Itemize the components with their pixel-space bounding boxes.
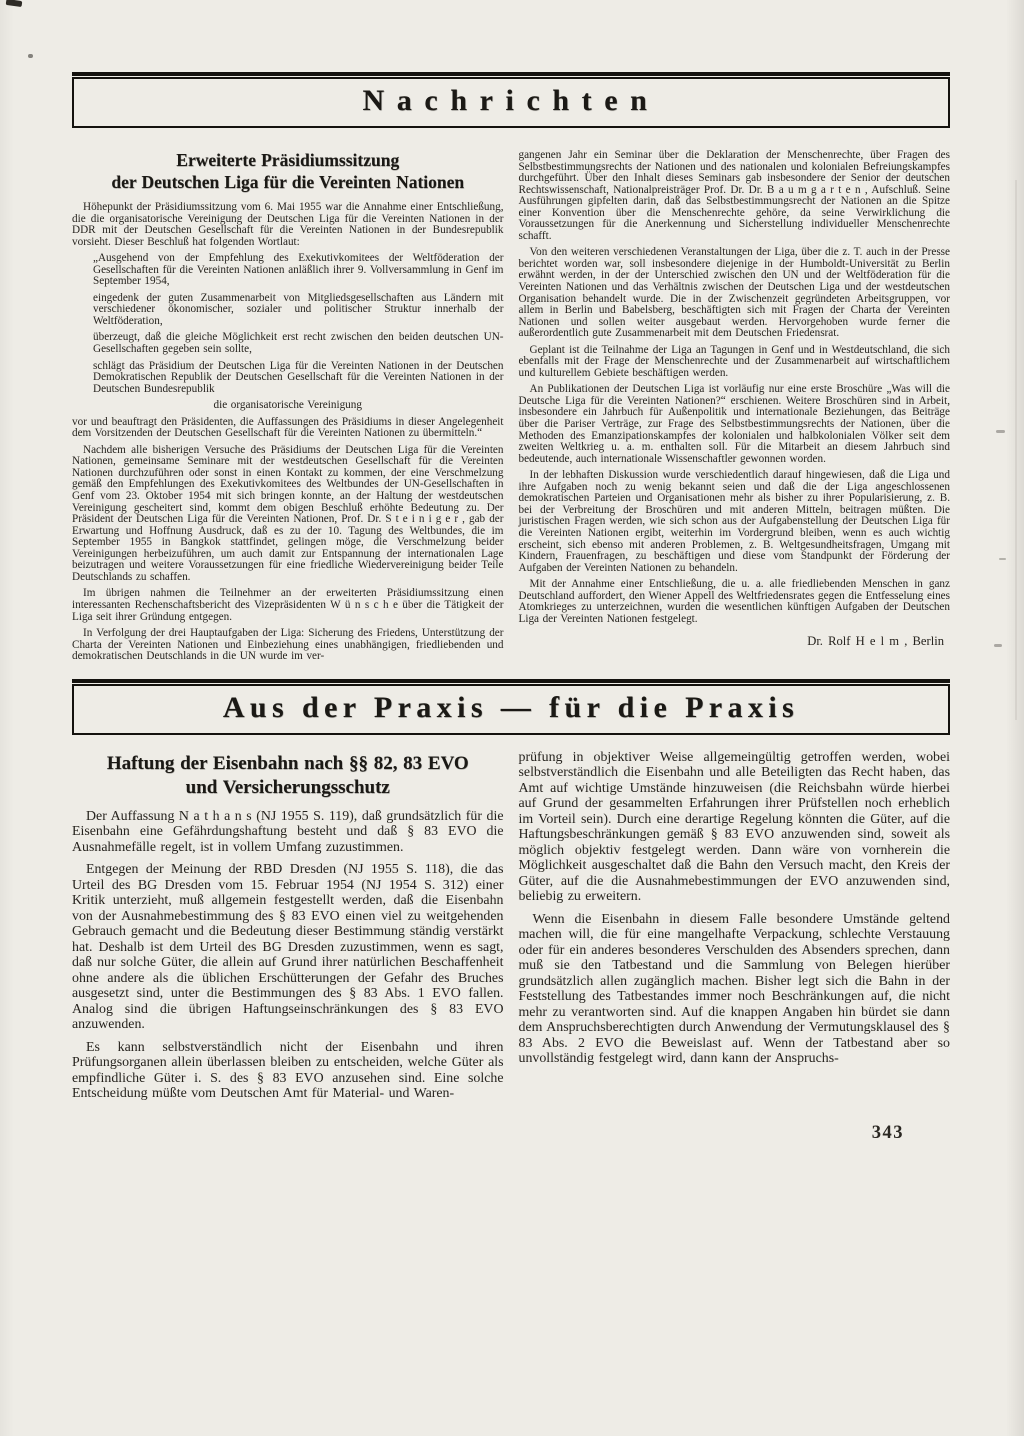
nachrichten-banner-box: Nachrichten	[72, 77, 950, 128]
author-signature: Dr. Rolf H e l m , Berlin	[519, 636, 951, 648]
nachrichten-left-text: Höhepunkt der Präsidiumssitzung vom 6. M…	[72, 202, 504, 663]
nachrichten-article-title: Erweiterte Präsidiumssitzung der Deutsch…	[72, 150, 504, 193]
paragraph: Geplant ist die Teilnahme der Liga an Ta…	[519, 345, 951, 380]
nachrichten-columns: Erweiterte Präsidiumssitzung der Deutsch…	[72, 150, 950, 668]
paragraph: prüfung in objektiver Weise allgemeingül…	[519, 750, 951, 905]
praxis-article-title: Haftung der Eisenbahn nach §§ 82, 83 EVO…	[72, 752, 504, 800]
paragraph: die organisatorische Vereinigung	[72, 400, 504, 412]
scan-artifact	[999, 558, 1006, 560]
paragraph: Im übrigen nahmen die Teilnehmer an der …	[72, 588, 504, 623]
section-praxis: Aus der Praxis — für die Praxis Haftung …	[72, 684, 950, 1109]
article-title-line2: der Deutschen Liga für die Vereinten Nat…	[111, 172, 464, 192]
paragraph: schlägt das Präsidium der Deutschen Liga…	[93, 361, 504, 396]
nachrichten-left-column: Erweiterte Präsidiumssitzung der Deutsch…	[72, 150, 504, 668]
praxis-left-column: Haftung der Eisenbahn nach §§ 82, 83 EVO…	[72, 750, 504, 1109]
paragraph: Wenn die Eisenbahn in diesem Falle beson…	[519, 912, 951, 1067]
paragraph: Höhepunkt der Präsidiumssitzung vom 6. M…	[72, 202, 504, 248]
paragraph: eingedenk der guten Zusammenarbeit von M…	[93, 293, 504, 328]
praxis-columns: Haftung der Eisenbahn nach §§ 82, 83 EVO…	[72, 750, 950, 1109]
paragraph: In der lebhaften Diskussion wurde versch…	[519, 470, 951, 574]
article-title-line1: Haftung der Eisenbahn nach §§ 82, 83 EVO	[107, 753, 469, 774]
paragraph: An Publikationen der Deutschen Liga ist …	[519, 384, 951, 465]
paragraph: vor und beauftragt den Präsidenten, die …	[72, 417, 504, 440]
paragraph: überzeugt, daß die gleiche Möglichkeit e…	[93, 332, 504, 355]
scan-artifact	[1015, 180, 1017, 720]
praxis-right-column: prüfung in objektiver Weise allgemeingül…	[519, 750, 951, 1109]
paragraph: „Ausgehend von der Empfehlung des Exekut…	[93, 253, 504, 288]
praxis-right-text: prüfung in objektiver Weise allgemeingül…	[519, 750, 951, 1067]
paragraph: Mit der Annahme einer Entschließung, die…	[519, 579, 951, 625]
paragraph: gangenen Jahr ein Seminar über die Dekla…	[519, 150, 951, 242]
scan-artifact	[996, 430, 1005, 433]
scan-artifact	[28, 54, 33, 58]
praxis-banner-box: Aus der Praxis — für die Praxis	[72, 684, 950, 735]
scan-artifact	[994, 644, 1002, 647]
article-title-line1: Erweiterte Präsidiumssitzung	[176, 150, 399, 170]
paragraph: Von den weiteren verschiedenen Veranstal…	[519, 247, 951, 339]
paragraph: Nachdem alle bisherigen Versuche des Prä…	[72, 445, 504, 584]
praxis-banner-title: Aus der Praxis — für die Praxis	[223, 691, 799, 724]
journal-page: Nachrichten Erweiterte Präsidiumssitzung…	[0, 0, 1024, 1436]
paragraph: In Verfolgung der drei Hauptaufgaben der…	[72, 628, 504, 663]
section-nachrichten: Nachrichten Erweiterte Präsidiumssitzung…	[72, 77, 950, 668]
paragraph: Entgegen der Meinung der RBD Dresden (NJ…	[72, 862, 504, 1033]
nachrichten-right-text: gangenen Jahr ein Seminar über die Dekla…	[519, 150, 951, 625]
nachrichten-banner-title: Nachrichten	[363, 84, 660, 117]
paragraph: Es kann selbstverständlich nicht der Eis…	[72, 1040, 504, 1102]
praxis-left-text: Der Auffassung N a t h a n s (NJ 1955 S.…	[72, 809, 504, 1102]
paragraph: Der Auffassung N a t h a n s (NJ 1955 S.…	[72, 809, 504, 856]
page-content: Nachrichten Erweiterte Präsidiumssitzung…	[0, 0, 1024, 1144]
article-title-line2: und Versicherungsschutz	[186, 777, 390, 798]
nachrichten-right-column: gangenen Jahr ein Seminar über die Dekla…	[519, 150, 951, 668]
page-number: 343	[72, 1123, 950, 1144]
